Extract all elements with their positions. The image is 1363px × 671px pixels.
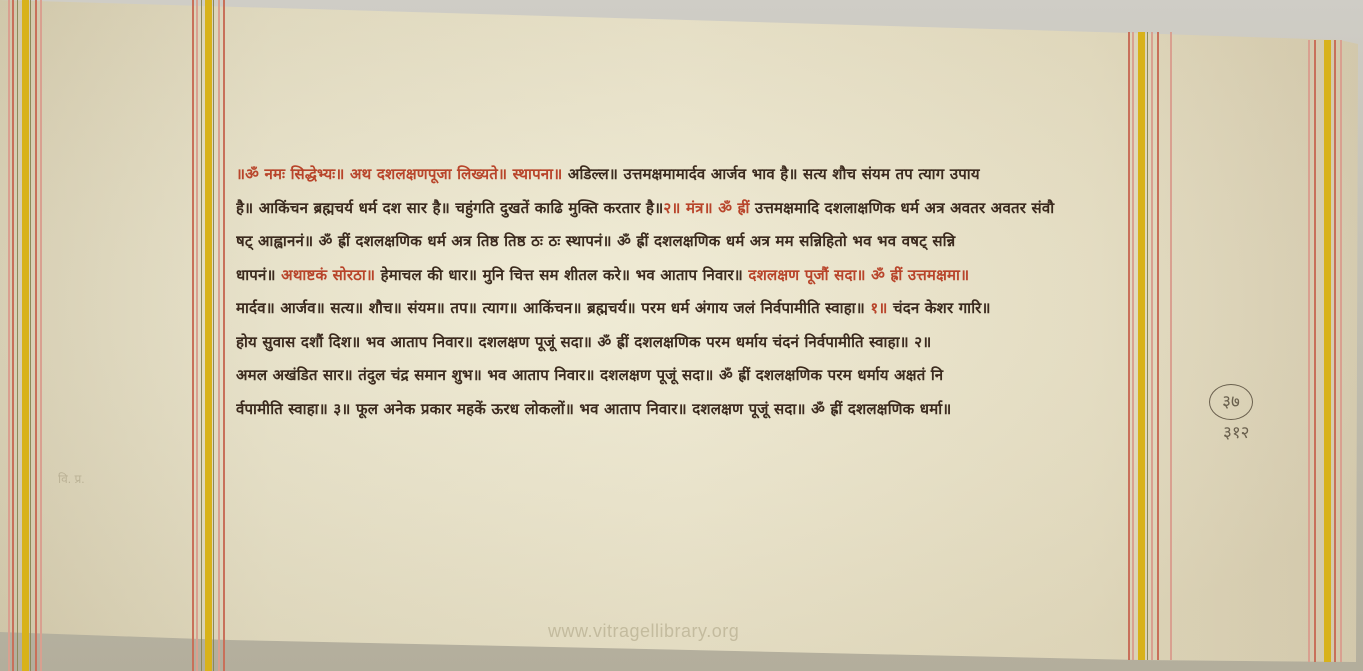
text-line-7: अमल अखंडित सार॥ तंदुल चंद्र समान शुभ॥ भव… (236, 359, 1131, 393)
text-segment: है॥ आकिंचन ब्रह्मचर्य धर्म दश सार है॥ चह… (236, 199, 663, 217)
text-segment: मार्दव॥ आर्जव॥ सत्य॥ शौच॥ संयम॥ तप॥ त्या… (236, 299, 870, 317)
text-line-1: ॥ॐ नमः सिद्धेभ्यः॥ अथ दशलक्षणपूजा लिख्यत… (236, 158, 1131, 192)
text-segment: अमल अखंडित सार॥ तंदुल चंद्र समान शुभ॥ भव… (236, 366, 719, 384)
text-segment: ॐ ह्रीं दशलक्षणिक धर्म अत्र मम सन्निहितो… (617, 232, 955, 250)
secondary-folio-number: ३१२ (1223, 420, 1250, 443)
circled-folio-number: ३७ (1209, 384, 1253, 420)
text-segment: षट् आह्वाननं॥ (236, 232, 319, 250)
text-segment: र्वपामीति स्वाहा॥ ३॥ फूल अनेक प्रकार महक… (236, 400, 811, 418)
text-segment: ॐ ह्रीं दशलक्षणिक परम धर्माय चंदनं निर्व… (597, 333, 931, 351)
text-line-8: र्वपामीति स्वाहा॥ ३॥ फूल अनेक प्रकार महक… (236, 393, 1131, 427)
folio-number-note: ३७ ३१२ (1195, 378, 1285, 453)
text-segment: धापनं॥ (236, 266, 281, 284)
rubric-segment: १॥ (870, 299, 893, 317)
text-line-5: मार्दव॥ आर्जव॥ सत्य॥ शौच॥ संयम॥ तप॥ त्या… (236, 292, 1131, 326)
text-line-3: षट् आह्वाननं॥ ॐ ह्रीं दशलक्षणिक धर्म अत्… (236, 225, 1131, 259)
text-segment: होय सुवास दशौं दिश॥ भव आताप निवार॥ दशलक्… (236, 333, 597, 351)
left-margin-faint-text: वि. प्र. (58, 470, 85, 487)
watermark: www.vitragellibrary.org (548, 621, 739, 642)
rubric-segment: ॥ॐ नमः सिद्धेभ्यः॥ अथ दशलक्षणपूजा लिख्यत… (236, 165, 568, 183)
text-segment: ॐ ह्रीं दशलक्षणिक परम धर्माय अक्षतं नि (719, 366, 943, 384)
text-segment: अडिल्ल॥ उत्तमक्षमामार्दव आर्जव भाव है॥ स… (568, 165, 980, 183)
text-segment: चंदन केशर गारि॥ (893, 299, 991, 317)
manuscript-text: ॥ॐ नमः सिद्धेभ्यः॥ अथ दशलक्षणपूजा लिख्यत… (236, 158, 1131, 426)
text-line-6: होय सुवास दशौं दिश॥ भव आताप निवार॥ दशलक्… (236, 326, 1131, 360)
rubric-segment: अथाष्टकं सोरठा॥ (281, 266, 380, 284)
text-segment: हेमाचल की धार॥ मुनि चित्त सम शीतल करे॥ भ… (381, 266, 749, 284)
text-segment: उत्तमक्षमादि दशलाक्षणिक धर्म अत्र अवतर अ… (755, 199, 1054, 217)
rubric-segment: २॥ मंत्र॥ ॐ ह्रीं (663, 199, 755, 217)
text-line-4: धापनं॥ अथाष्टकं सोरठा॥ हेमाचल की धार॥ मु… (236, 259, 1131, 293)
text-line-2: है॥ आकिंचन ब्रह्मचर्य धर्म दश सार है॥ चह… (236, 192, 1131, 226)
rubric-segment: दशलक्षण पूजौं सदा॥ ॐ ह्रीं उत्तमक्षमा॥ (748, 266, 969, 284)
text-segment: ॐ ह्रीं दशलक्षणिक धर्मा॥ (811, 400, 951, 418)
text-segment: ॐ ह्रीं दशलक्षणिक धर्म अत्र तिष्ठ तिष्ठ … (319, 232, 618, 250)
